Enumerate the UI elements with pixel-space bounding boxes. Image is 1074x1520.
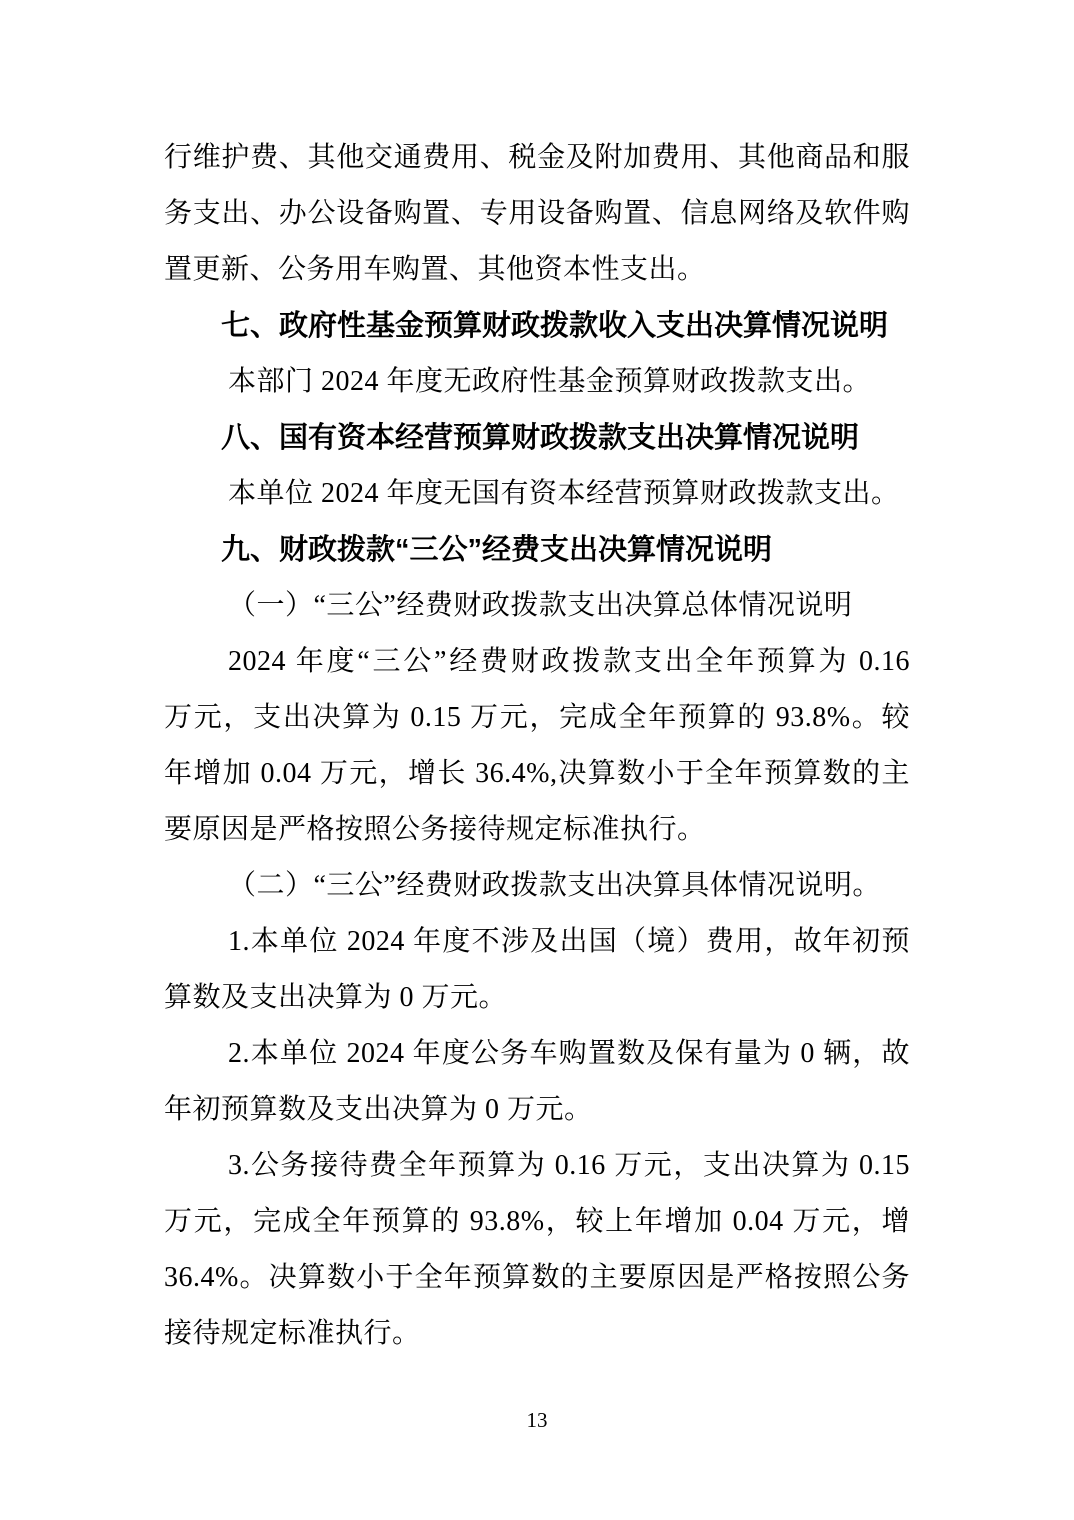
para-section-8: 本单位 2024 年度无国有资本经营预算财政拨款支出。 bbox=[164, 466, 910, 522]
heading-section-8: 八、国有资本经营预算财政拨款支出决算情况说明 bbox=[164, 410, 910, 466]
para-9-2-item-2-line-1: 2.本单位 2024 年度公务车购置数及保有量为 0 辆，故 bbox=[164, 1026, 910, 1082]
para-expense-items-continued-line-3: 置更新、公务用车购置、其他资本性支出。 bbox=[164, 242, 910, 298]
document-body: 行维护费、其他交通费用、税金及附加费用、其他商品和服务支出、办公设备购置、专用设… bbox=[164, 130, 910, 1362]
para-9-2-item-3-line-2: 万元，完成全年预算的 93.8%，较上年增加 0.04 万元，增长 bbox=[164, 1194, 910, 1250]
para-9-2-item-3-line-4: 接待规定标准执行。 bbox=[164, 1306, 910, 1362]
para-9-1-body-line-2: 万元，支出决算为 0.15 万元，完成全年预算的 93.8%。较上 bbox=[164, 690, 910, 746]
para-9-1-body-line-4: 要原因是严格按照公务接待规定标准执行。 bbox=[164, 802, 910, 858]
para-9-2-item-2-line-2: 年初预算数及支出决算为 0 万元。 bbox=[164, 1082, 910, 1138]
para-9-2-item-3-line-3: 36.4%。决算数小于全年预算数的主要原因是严格按照公务 bbox=[164, 1250, 910, 1306]
para-section-8-line-1: 本单位 2024 年度无国有资本经营预算财政拨款支出。 bbox=[164, 466, 910, 522]
para-expense-items-continued-line-2: 务支出、办公设备购置、专用设备购置、信息网络及软件购 bbox=[164, 186, 910, 242]
para-9-1-title-line-1: （一）“三公”经费财政拨款支出决算总体情况说明 bbox=[164, 578, 910, 634]
para-9-1-body-line-3: 年增加 0.04 万元，增长 36.4%,决算数小于全年预算数的主 bbox=[164, 746, 910, 802]
para-9-2-title: （二）“三公”经费财政拨款支出决算具体情况说明。 bbox=[164, 858, 910, 914]
para-9-2-title-line-1: （二）“三公”经费财政拨款支出决算具体情况说明。 bbox=[164, 858, 910, 914]
heading-section-9-line-1: 九、财政拨款“三公”经费支出决算情况说明 bbox=[164, 522, 910, 578]
para-9-2-item-1-line-1: 1.本单位 2024 年度不涉及出国（境）费用，故年初预 bbox=[164, 914, 910, 970]
para-9-2-item-3: 3.公务接待费全年预算为 0.16 万元，支出决算为 0.15万元，完成全年预算… bbox=[164, 1138, 910, 1362]
para-9-1-body-line-1: 2024 年度“三公”经费财政拨款支出全年预算为 0.16 bbox=[164, 634, 910, 690]
heading-section-8-line-1: 八、国有资本经营预算财政拨款支出决算情况说明 bbox=[164, 410, 910, 466]
para-section-7-line-1: 本部门 2024 年度无政府性基金预算财政拨款支出。 bbox=[164, 354, 910, 410]
para-9-2-item-1: 1.本单位 2024 年度不涉及出国（境）费用，故年初预算数及支出决算为 0 万… bbox=[164, 914, 910, 1026]
heading-section-9: 九、财政拨款“三公”经费支出决算情况说明 bbox=[164, 522, 910, 578]
para-expense-items-continued: 行维护费、其他交通费用、税金及附加费用、其他商品和服务支出、办公设备购置、专用设… bbox=[164, 130, 910, 298]
para-section-7: 本部门 2024 年度无政府性基金预算财政拨款支出。 bbox=[164, 354, 910, 410]
para-9-2-item-3-line-1: 3.公务接待费全年预算为 0.16 万元，支出决算为 0.15 bbox=[164, 1138, 910, 1194]
para-expense-items-continued-line-1: 行维护费、其他交通费用、税金及附加费用、其他商品和服 bbox=[164, 130, 910, 186]
para-9-2-item-1-line-2: 算数及支出决算为 0 万元。 bbox=[164, 970, 910, 1026]
para-9-1-title: （一）“三公”经费财政拨款支出决算总体情况说明 bbox=[164, 578, 910, 634]
heading-section-7: 七、政府性基金预算财政拨款收入支出决算情况说明 bbox=[164, 298, 910, 354]
page-number: 13 bbox=[0, 1398, 1074, 1442]
document-page: 行维护费、其他交通费用、税金及附加费用、其他商品和服务支出、办公设备购置、专用设… bbox=[0, 0, 1074, 1520]
heading-section-7-line-1: 七、政府性基金预算财政拨款收入支出决算情况说明 bbox=[164, 298, 910, 354]
para-9-1-body: 2024 年度“三公”经费财政拨款支出全年预算为 0.16万元，支出决算为 0.… bbox=[164, 634, 910, 858]
para-9-2-item-2: 2.本单位 2024 年度公务车购置数及保有量为 0 辆，故年初预算数及支出决算… bbox=[164, 1026, 910, 1138]
